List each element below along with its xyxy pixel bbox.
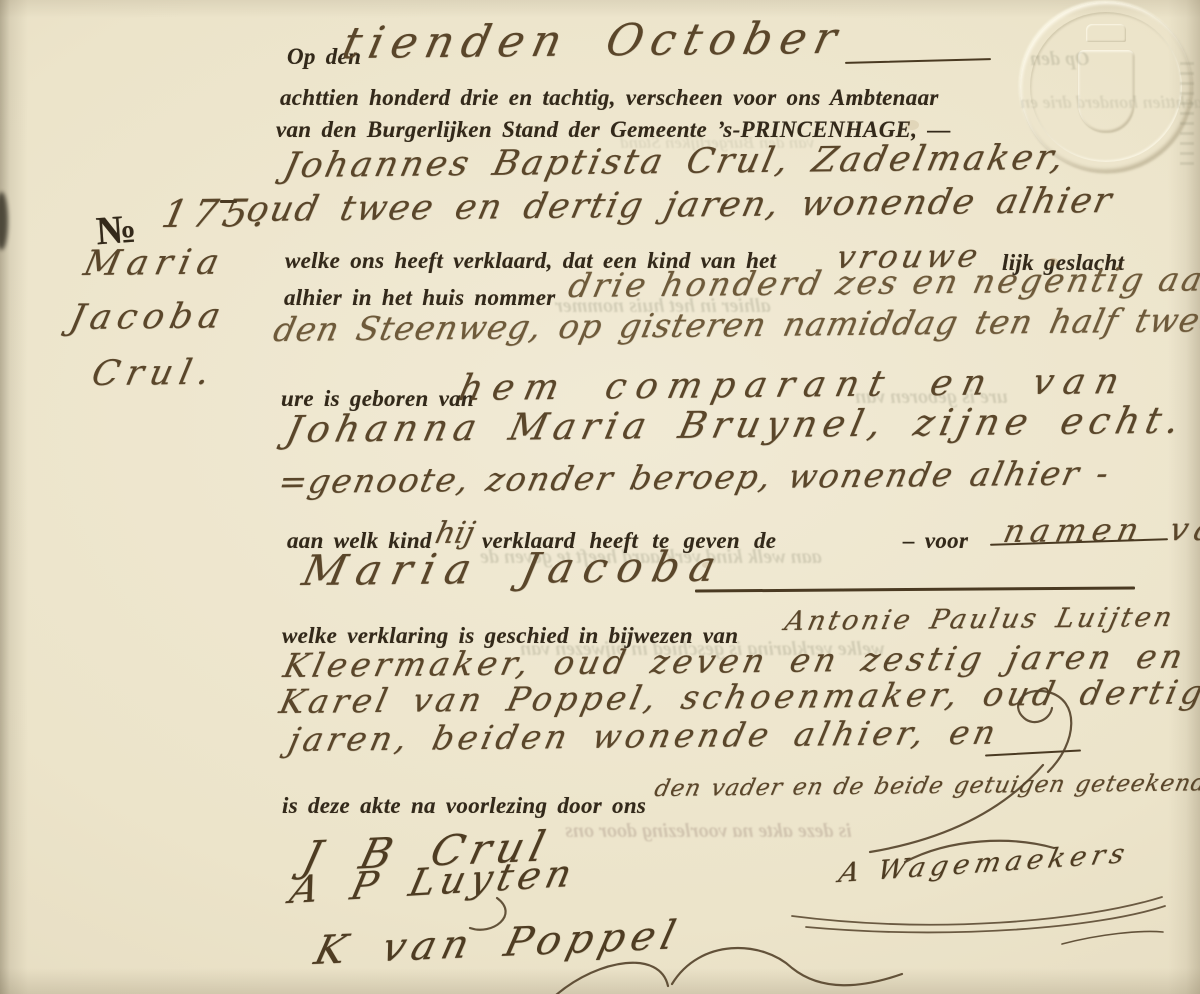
birth-certificate-scan: Op den achttien honderd drie en alhier i… xyxy=(0,0,1200,994)
flourish-loop xyxy=(1018,691,1071,772)
foxing-spot xyxy=(702,562,710,568)
foxing-spot xyxy=(1048,258,1058,266)
official-capital-flourish xyxy=(905,841,1054,862)
partial-bottom-signature xyxy=(672,948,902,985)
flourish-stroke xyxy=(870,765,1043,852)
partial-bottom-signature xyxy=(556,963,668,994)
small-stroke xyxy=(1062,932,1163,945)
pen-flourishes xyxy=(0,0,1200,994)
foxing-spot xyxy=(905,120,919,130)
signature-tail xyxy=(470,898,506,930)
